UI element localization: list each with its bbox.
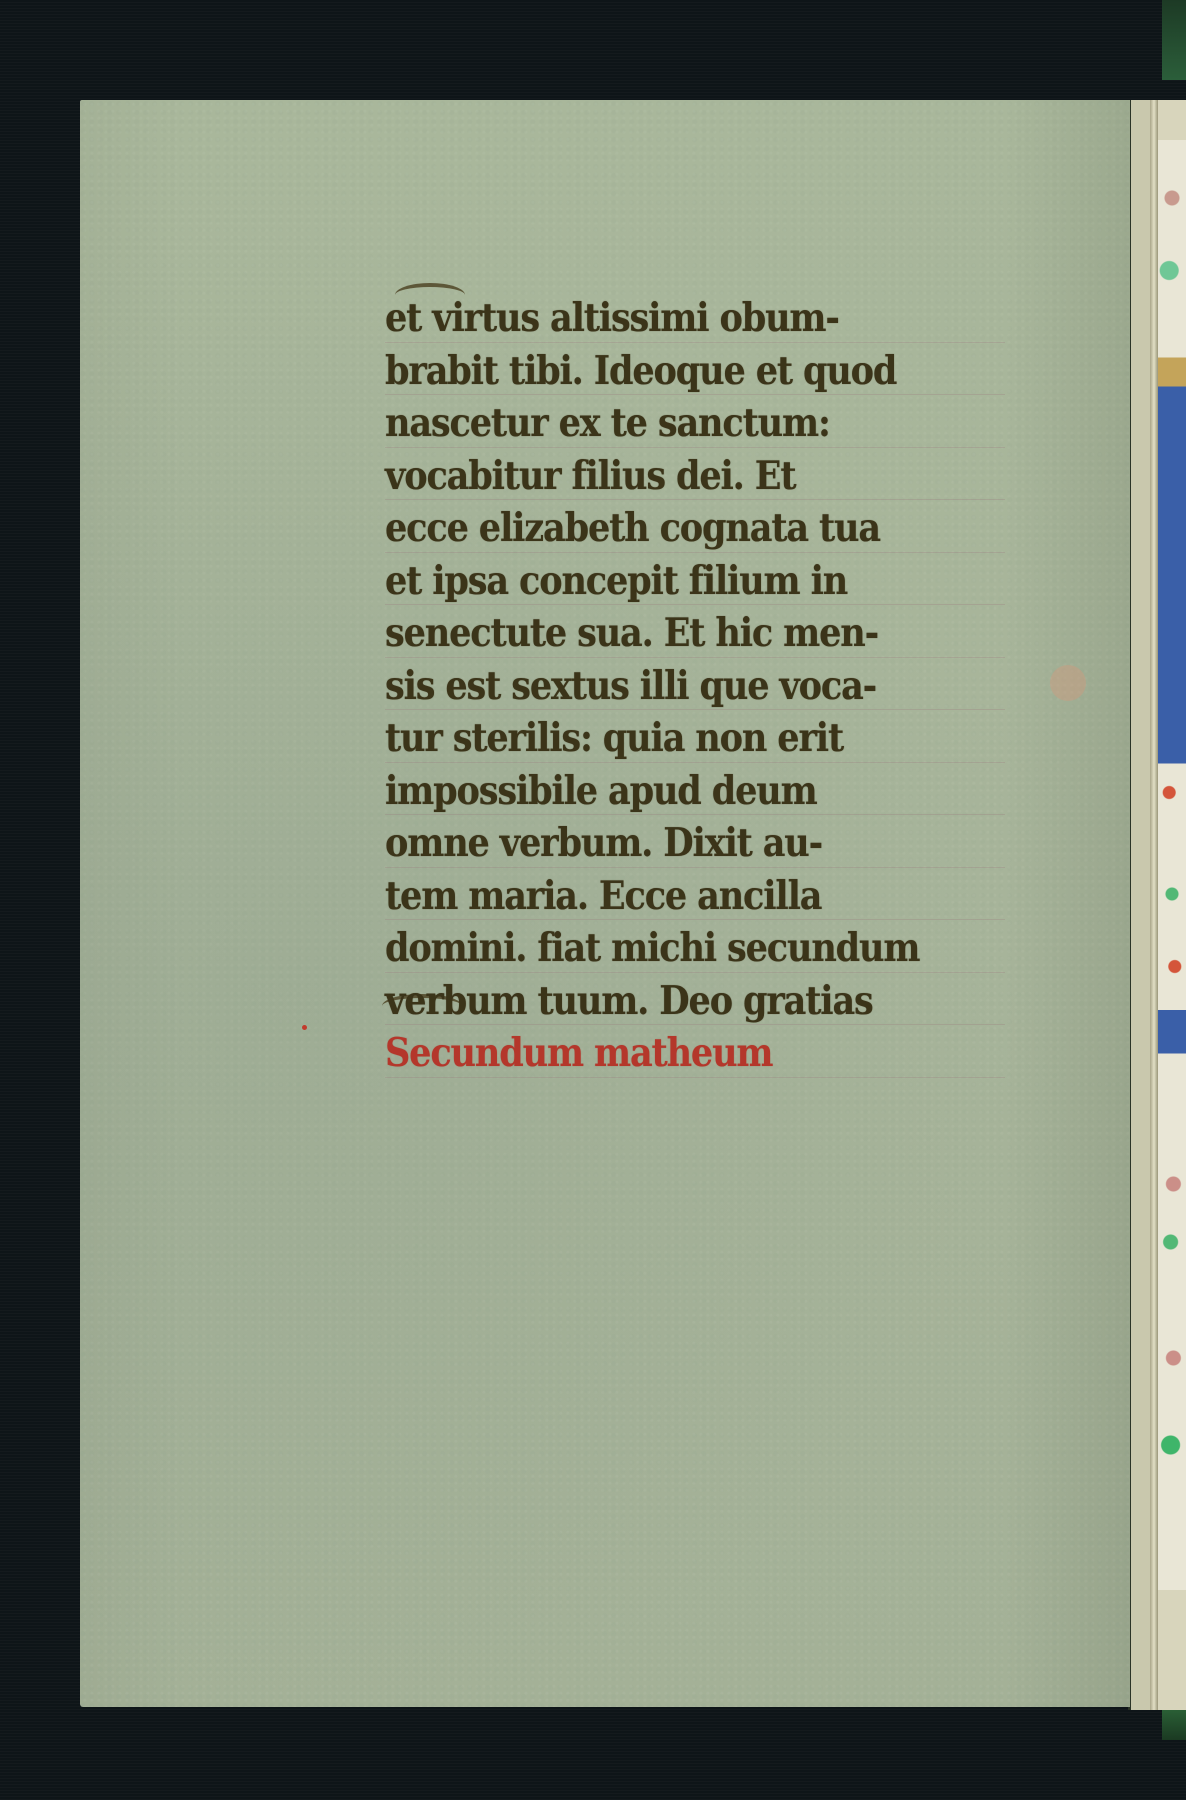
- text-line: omne verbum. Dixit au-: [385, 817, 961, 870]
- parchment-stain: [1050, 665, 1086, 701]
- illuminated-border-decoration: [1158, 140, 1186, 1590]
- text-line: tur sterilis: quia non erit: [385, 712, 961, 765]
- text-line: ecce elizabeth cognata tua: [385, 502, 961, 555]
- text-line: et virtus altissimi obum-: [385, 292, 961, 345]
- text-line: tem maria. Ecce ancilla: [385, 870, 961, 923]
- text-line: domini. fiat michi secundum: [385, 922, 961, 975]
- text-line: brabit tibi. Ideoque et quod: [385, 345, 961, 398]
- page-gutter-fold: [1150, 100, 1158, 1710]
- text-line: nascetur ex te sanctum:: [385, 397, 961, 450]
- red-ink-mark: [302, 1025, 307, 1030]
- text-block: et virtus altissimi obum- brabit tibi. I…: [385, 292, 1025, 1080]
- rubric-line: Secundum matheum: [385, 1027, 961, 1080]
- text-line: senectute sua. Et hic men-: [385, 607, 961, 660]
- text-line: et ipsa concepit filium in: [385, 555, 961, 608]
- text-line: verbum tuum. Deo gratias: [385, 975, 961, 1028]
- text-line: sis est sextus illi que voca-: [385, 660, 961, 713]
- green-cloth-edge-top: [1162, 0, 1186, 80]
- text-line: impossibile apud deum: [385, 765, 961, 818]
- text-line: vocabitur filius dei. Et: [385, 450, 961, 503]
